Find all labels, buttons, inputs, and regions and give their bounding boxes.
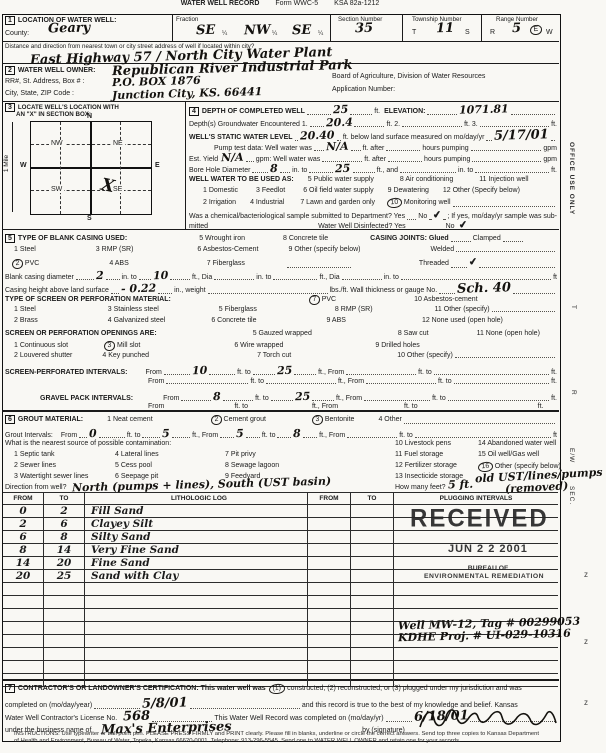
margin-ew-label: E/W — [568, 448, 575, 463]
dotted-leader — [172, 436, 190, 438]
bore-diameter: 8 — [270, 163, 278, 174]
cell-lithology: Fill Sand — [85, 505, 308, 517]
dotted-leader — [76, 278, 94, 280]
dotted-leader — [448, 399, 549, 401]
dotted-leader — [471, 149, 542, 151]
license-label: Water Well Contractor's License No. — [5, 715, 117, 722]
from-value: 20 — [3, 570, 43, 582]
cell-plug-from — [308, 609, 351, 621]
option-torch-cut: 7 Torch cut — [257, 352, 291, 359]
stamp-bureau-line2: ENVIRONMENTAL REMEDIATION — [404, 573, 564, 580]
cell-from — [3, 635, 44, 647]
divider — [2, 101, 559, 102]
option-oil-gas-well: 15 Oil well/Gas well — [478, 451, 539, 458]
dotted-leader — [366, 382, 436, 384]
cell-plug-from — [308, 596, 351, 608]
fraction-3: SE — [292, 24, 312, 38]
stamp-date: JUN 2 2 2001 — [448, 543, 528, 555]
stamp-bureau-line1: BUREAU OF — [420, 565, 556, 572]
county-row: County: — [5, 30, 29, 37]
option-screen-concrete: 6 Concrete tile — [211, 317, 256, 324]
depth-ft: ft. — [374, 108, 380, 115]
option-gauzed: 5 Gauzed wrapped — [253, 330, 312, 337]
cell-plug-interval — [394, 661, 558, 673]
dotted-leader — [303, 436, 317, 438]
screen-material-title: TYPE OF SCREEN OR PERFORATION MATERIAL: — [5, 296, 171, 303]
dotted-leader — [351, 149, 361, 151]
certification-line1: 7 CONTRACTOR'S OR LANDOWNER'S CERTIFICAT… — [5, 684, 557, 694]
pump-after: ft. after — [363, 145, 385, 152]
elevation-value: 1071.81 — [459, 103, 509, 115]
ftto-label3: ft. to — [399, 432, 413, 439]
disinfected-label: Water Well Disinfected? Yes — [318, 223, 406, 230]
gravel-to: 25 — [295, 391, 311, 402]
ftto-label: ft. to — [237, 369, 251, 376]
openings-title-row: SCREEN OR PERFORATION OPENINGS ARE: 5 Ga… — [5, 330, 540, 337]
openings-row2: 1 Continuous slot 3 Mill slot 6 Wire wra… — [14, 341, 420, 351]
section4-number: 4 — [189, 107, 199, 116]
range-west: W — [546, 29, 553, 36]
section-box-vertical — [90, 122, 92, 214]
screen-intervals-line2: From ft. to ft., From ft. to ft. — [148, 378, 557, 385]
table-row — [3, 583, 558, 596]
application-number-label: Application Number: — [332, 86, 395, 93]
option-dewatering: 9 Dewatering — [388, 187, 429, 194]
est-yield-line: Est. Yield N/A gpm: Well water was ft. a… — [189, 152, 557, 163]
casing-height-label: Casing height above land surface — [5, 287, 109, 294]
casing-joints-glued: CASING JOINTS: Glued — [370, 235, 449, 242]
cell-from: 0 — [3, 505, 44, 517]
fraction-2: NW — [244, 24, 271, 38]
option-screen-asbestos: 10 Asbestos-cement — [414, 296, 477, 303]
signature-scribble — [418, 705, 558, 733]
form-header: WATER WELL RECORD Form WWC-5 KSA 82a-121… — [0, 0, 560, 7]
cell-plug-from — [308, 583, 351, 595]
dotted-leader — [354, 125, 384, 127]
option-feedlot: 3 Feedlot — [256, 187, 285, 194]
grout-from1: 0 — [89, 428, 97, 439]
screen-intervals-line1: SCREEN-PERFORATED INTERVALS: From 10 ft.… — [5, 365, 557, 376]
option-domestic: 1 Domestic — [203, 187, 238, 194]
county-value: Geary — [48, 21, 91, 35]
casing-height-line: Casing height above land surface - 0.22 … — [5, 282, 557, 295]
ftfrom-label2: ft., From — [319, 432, 345, 439]
cell-lithology — [85, 661, 308, 673]
cell-plug-to — [351, 505, 394, 517]
ftend-label: ft. — [538, 403, 544, 410]
cell-plug-from — [308, 622, 351, 634]
instructions-block: INSTRUCTIONS: Use typewriter or ball poi… — [14, 731, 548, 746]
form-title: WATER WELL RECORD — [181, 0, 260, 7]
section7-number: 7 — [5, 684, 15, 693]
dotted-leader — [139, 278, 151, 280]
ftto-label2: ft. to — [262, 432, 276, 439]
dotted-leader — [342, 278, 382, 280]
dotted-leader — [190, 707, 300, 709]
ftto-label2: ft. to — [404, 403, 418, 410]
dotted-leader — [214, 278, 254, 280]
screen-material-row2: 2 Brass 4 Galvanized steel 6 Concrete ti… — [14, 317, 503, 324]
grout-to1: 5 — [162, 428, 170, 439]
pump-gpm: gpm — [543, 145, 557, 152]
dotted-leader — [307, 113, 331, 115]
to-value: 6 — [44, 518, 84, 530]
cell-to — [44, 648, 85, 660]
cell-to — [44, 596, 85, 608]
option-screen-fiberglass: 5 Fiberglass — [219, 306, 257, 313]
option-steel: 1 Steel — [14, 246, 36, 253]
blank-into: in. to — [122, 274, 137, 281]
ftfrom-label: ft., From — [338, 378, 364, 385]
section2-title-row: 2 WATER WELL OWNER: — [5, 66, 95, 75]
quad-sw-label: SW — [49, 186, 64, 193]
how-many-feet-label: How many feet? — [395, 484, 446, 491]
option-fertilizer: 12 Fertilizer storage — [395, 462, 457, 469]
cell-to — [44, 635, 85, 647]
lithology-value: Very Fine Sand — [91, 544, 307, 556]
divider — [2, 410, 559, 412]
cell-plug-to — [351, 609, 394, 621]
elevation-label: ELEVATION: — [384, 108, 425, 115]
cell-plug-to — [351, 648, 394, 660]
header-from2: FROM — [308, 493, 351, 504]
quarter-3: ¼ — [318, 30, 323, 37]
table-row — [3, 661, 558, 674]
casing-title: TYPE OF BLANK CASING USED: — [18, 235, 127, 242]
cell-from — [3, 609, 44, 621]
option-galvanized: 4 Galvanized steel — [108, 317, 166, 324]
option-cement-grout-label: Cement grout — [224, 416, 266, 423]
ftto-label: ft. to — [250, 378, 264, 385]
cell-to — [44, 622, 85, 634]
lithology-value: Silty Sand — [91, 531, 307, 543]
dotted-leader — [271, 399, 293, 401]
mile-scale-line — [12, 122, 13, 212]
dotted-leader — [220, 436, 234, 438]
blank-ftdia2: ft., Dia — [319, 274, 339, 281]
header-plugging: PLUGGING INTERVALS — [394, 493, 558, 504]
option-pvc-number-circled: 2 — [12, 259, 24, 270]
dotted-leader — [402, 125, 462, 127]
cell-plug-from — [308, 661, 351, 673]
table-row — [3, 596, 558, 609]
disinfected-line: mitted Water Well Disinfected? Yes No ✔ — [189, 220, 557, 231]
ftto-label2: ft. to — [438, 378, 452, 385]
cell-plug-interval — [394, 648, 558, 660]
ftend-label: ft. — [551, 395, 557, 402]
quarter-2: ¼ — [272, 30, 277, 37]
dotted-leader — [513, 292, 555, 294]
option-monitoring-label: Monitoring well — [404, 199, 451, 206]
cell-to: 8 — [44, 531, 85, 543]
section3-number: 3 — [5, 103, 15, 112]
dotted-leader — [415, 436, 551, 438]
dotted-leader — [364, 399, 430, 401]
cell-lithology: Very Fine Sand — [85, 544, 308, 556]
threaded-checkmark: ✔ — [468, 256, 478, 268]
option-louvered: 2 Louvered shutter — [14, 352, 72, 359]
option-livestock: 10 Livestock pens — [395, 440, 451, 447]
ftfrom-label: ft., From — [192, 432, 218, 439]
from-label: From — [148, 378, 164, 385]
to-value: 14 — [44, 544, 84, 556]
used-as-row3: 2 Irrigation 4 Industrial 7 Lawn and gar… — [203, 198, 557, 208]
range-value: 5 — [512, 22, 521, 35]
dotted-leader — [79, 436, 87, 438]
cell-from: 8 — [3, 544, 44, 556]
sample-mitted: mitted — [189, 223, 208, 230]
dotted-leader — [164, 373, 190, 375]
dotted-leader — [479, 266, 555, 268]
dotted-leader — [273, 278, 317, 280]
bore-label: Bore Hole Diameter — [189, 167, 250, 174]
option-monitoring-number-circled: 10 — [387, 197, 402, 208]
dotted-leader — [492, 310, 555, 312]
bore-into2: in. to — [458, 167, 473, 174]
depth-value: 25 — [333, 104, 349, 115]
cell-from — [3, 583, 44, 595]
grout-title-row: 6 GROUT MATERIAL: 1 Neat cement 2 Cement… — [5, 415, 557, 425]
pump-test-line: Pump test data: Well water was N/A ft. a… — [214, 141, 557, 152]
to-value: 20 — [44, 557, 84, 569]
dotted-leader — [503, 240, 523, 242]
dotted-leader — [277, 436, 291, 438]
est-after: ft. after — [364, 156, 386, 163]
cell-to — [44, 609, 85, 621]
dotted-leader — [209, 373, 235, 375]
county-label: County: — [5, 30, 29, 37]
margin-mark: z — [584, 570, 588, 579]
instructions-line1: INSTRUCTIONS: Use typewriter or ball poi… — [14, 731, 548, 738]
margin-sec-label: SEC. — [568, 486, 575, 505]
option-brass: 2 Brass — [14, 317, 38, 324]
city-label: City, State, ZIP Code : — [5, 90, 74, 97]
option-lateral: 4 Lateral lines — [115, 451, 159, 458]
blank-ft: ft — [553, 274, 557, 281]
screen-interval-from: 10 — [192, 365, 208, 376]
groundwater-ft3: ft. 3. — [464, 121, 478, 128]
option-asbestos-cement: 6 Asbestos-Cement — [197, 246, 258, 253]
quad-dash-v2 — [120, 122, 121, 214]
dotted-leader — [386, 149, 420, 151]
cell-lithology — [85, 596, 308, 608]
gravel-from: 8 — [213, 391, 221, 402]
cell-lithology: Sand with Clay — [85, 570, 308, 582]
option-screen-abs: 9 ABS — [326, 317, 345, 324]
cell-plug-to — [351, 518, 394, 530]
dotted-leader — [388, 160, 422, 162]
cell-from: 2 — [3, 518, 44, 530]
ftto-label: ft. to — [255, 395, 269, 402]
cell-from — [3, 622, 44, 634]
dotted-leader — [451, 240, 471, 242]
dotted-leader — [472, 160, 541, 162]
dotted-leader — [439, 292, 455, 294]
casing-row3: 2 PVC 4 ABS 7 Fiberglass Threaded ✔ — [12, 257, 557, 269]
casing-weight-label: in., weight — [174, 287, 206, 294]
option-concrete-tile: 8 Concrete tile — [283, 235, 328, 242]
option-abs: 4 ABS — [109, 260, 128, 267]
cell-plug-to — [351, 661, 394, 673]
table-row — [3, 648, 558, 661]
est-yield-label: Est. Yield — [189, 156, 218, 163]
cell-to — [44, 583, 85, 595]
openings-title: SCREEN OR PERFORATION OPENINGS ARE: — [5, 330, 157, 337]
option-stainless: 3 Stainless steel — [108, 306, 159, 313]
ftto-label2: ft. to — [418, 369, 432, 376]
used-as-row2: 1 Domestic 3 Feedlot 6 Oil field water s… — [203, 187, 520, 194]
board-label: Board of Agriculture, Division of Water … — [332, 73, 485, 80]
disinfected-no-label: No — [446, 223, 455, 230]
mile-scale-label: 1 Mile — [3, 155, 10, 172]
section-box: NW NE SW SE X — [30, 121, 152, 215]
water-well-record-form: WATER WELL RECORD Form WWC-5 KSA 82a-121… — [0, 0, 606, 753]
lithology-value: Fill Sand — [91, 505, 307, 517]
blank-diameter-value: 2 — [96, 270, 104, 281]
to-value: 25 — [44, 570, 84, 582]
margin-t-label: T — [570, 305, 577, 310]
header-from1: FROM — [3, 493, 44, 504]
ftto-label2: ft. to — [432, 395, 446, 402]
option-screen-pvc-label: PVC — [322, 296, 336, 303]
casing-row2: 1 Steel 3 RMP (SR) 6 Asbestos-Cement 9 O… — [14, 246, 557, 253]
header-lithologic: LITHOLOGIC LOG — [85, 493, 308, 504]
cell-to — [44, 661, 85, 673]
from-value: 8 — [3, 544, 43, 556]
casing-joints-threaded: Threaded — [419, 260, 449, 267]
divider — [172, 14, 173, 41]
option-neat-cement: 1 Neat cement — [107, 416, 153, 423]
dotted-leader — [511, 113, 555, 115]
dotted-leader — [246, 160, 254, 162]
dotted-leader — [181, 399, 211, 401]
casing-joints-clamped: Clamped — [473, 235, 501, 242]
dotted-leader — [312, 399, 334, 401]
option-public-supply: 5 Public water supply — [308, 176, 374, 183]
divider — [2, 41, 559, 42]
bore-hole-line: Bore Hole Diameter 8 in. to 25 ft., and … — [189, 163, 557, 174]
wall-thickness-label: lbs./ft. Wall thickness or gauge No. — [330, 287, 438, 294]
option-screen-rmp: 8 RMP (SR) — [335, 306, 373, 313]
option-pvc-label: PVC — [25, 260, 39, 267]
cell-plug-to — [351, 544, 394, 556]
option-bentonite-label: Bentonite — [325, 416, 355, 423]
cell-from — [3, 596, 44, 608]
divider — [185, 101, 186, 229]
static-level-rest: ft. below land surface measured on mo/da… — [343, 134, 485, 141]
quad-dash-v1 — [60, 122, 61, 214]
divider — [481, 14, 482, 41]
dotted-leader — [404, 422, 555, 424]
range-r: R — [490, 29, 495, 36]
cell-from — [3, 648, 44, 660]
dotted-leader — [353, 171, 375, 173]
dotted-leader — [400, 171, 456, 173]
option-mill-slot-number-circled: 3 — [104, 341, 116, 352]
cell-plug-from — [308, 505, 351, 517]
dotted-leader — [294, 373, 316, 375]
cell-plug-from — [308, 544, 351, 556]
cell-plug-to — [351, 596, 394, 608]
casing-height-value: - 0.22 — [121, 283, 156, 295]
ftto-label: ft. to — [234, 403, 248, 410]
dotted-leader — [170, 278, 190, 280]
est-yield-rest: gpm: Well water was — [256, 156, 320, 163]
quad-ne-label: NE — [111, 140, 125, 147]
dotted-leader — [223, 399, 253, 401]
township-t: T — [412, 29, 416, 36]
dotted-leader — [287, 266, 351, 268]
cell-from: 6 — [3, 531, 44, 543]
option-sewage-lagoon: 8 Sewage lagoon — [225, 462, 279, 469]
dotted-leader — [350, 113, 372, 115]
depth-label: DEPTH OF COMPLETED WELL — [202, 108, 305, 115]
ftend-label: ft. — [551, 369, 557, 376]
static-level-label: WELL'S STATIC WATER LEVEL — [189, 134, 293, 141]
quad-nw-label: NW — [49, 140, 65, 147]
used-as-label: WELL WATER TO BE USED AS: — [189, 176, 294, 183]
groundwater-line: Depth(s) Groundwater Encountered 1. 20.4… — [189, 117, 557, 128]
option-rmp: 3 RMP (SR) — [96, 246, 134, 253]
margin-r-label: R — [570, 390, 577, 396]
ftto-label: ft. to — [127, 432, 141, 439]
option-industrial: 4 Industrial — [250, 199, 284, 206]
contamination-label: What is the nearest source of possible c… — [5, 440, 171, 447]
cell-plug-to — [351, 570, 394, 582]
lithology-value: Clayey Silt — [91, 518, 307, 530]
option-oil-field: 6 Oil field water supply — [303, 187, 373, 194]
received-stamp: RECEIVED — [410, 504, 549, 533]
cell-from: 14 — [3, 557, 44, 569]
cell-lithology: Fine Sand — [85, 557, 308, 569]
option-septic: 1 Septic tank — [14, 451, 54, 458]
bore-depth: 25 — [335, 163, 351, 174]
blank-diameter-line: Blank casing diameter 2 in. to 10 ft., D… — [5, 270, 557, 281]
used-as-row1: WELL WATER TO BE USED AS: 5 Public water… — [189, 176, 529, 183]
option-saw-cut: 8 Saw cut — [398, 330, 429, 337]
cell-plug-interval — [394, 596, 558, 608]
section-number-value: 35 — [355, 22, 373, 35]
direction-label: Direction from well? — [5, 484, 66, 491]
dotted-leader — [456, 250, 555, 252]
sample-no-label: No — [418, 213, 427, 220]
section3-title-line2: AN "X" IN SECTION BOX: — [16, 111, 91, 118]
option-irrigation: 2 Irrigation — [203, 199, 236, 206]
dotted-leader — [111, 292, 119, 294]
option-fuel-storage: 11 Fuel storage — [395, 451, 443, 458]
dotted-leader — [453, 205, 555, 207]
dotted-leader — [427, 113, 457, 115]
cell-lithology: Clayey Silt — [85, 518, 308, 530]
blank-into2: in. to — [256, 274, 271, 281]
option-wire-wrapped: 6 Wire wrapped — [234, 342, 283, 349]
quarter-1: ¼ — [222, 30, 227, 37]
divider — [330, 14, 331, 41]
ftfrom-label: ft., From — [318, 369, 344, 376]
wall-thickness-value: Sch. 40 — [457, 281, 511, 295]
fraction-label: Fraction — [176, 16, 198, 23]
cell-lithology — [85, 622, 308, 634]
option-mill-slot-label: Mill slot — [117, 342, 140, 349]
fraction-1: SE — [196, 24, 216, 38]
dotted-leader — [142, 436, 160, 438]
est-hours: hours pumping — [424, 156, 470, 163]
blank-to-value: 10 — [153, 270, 169, 281]
dotted-leader — [252, 171, 268, 173]
from-label: From — [163, 395, 179, 402]
est-yield-value: N/A — [221, 152, 244, 164]
cell-lithology — [85, 609, 308, 621]
